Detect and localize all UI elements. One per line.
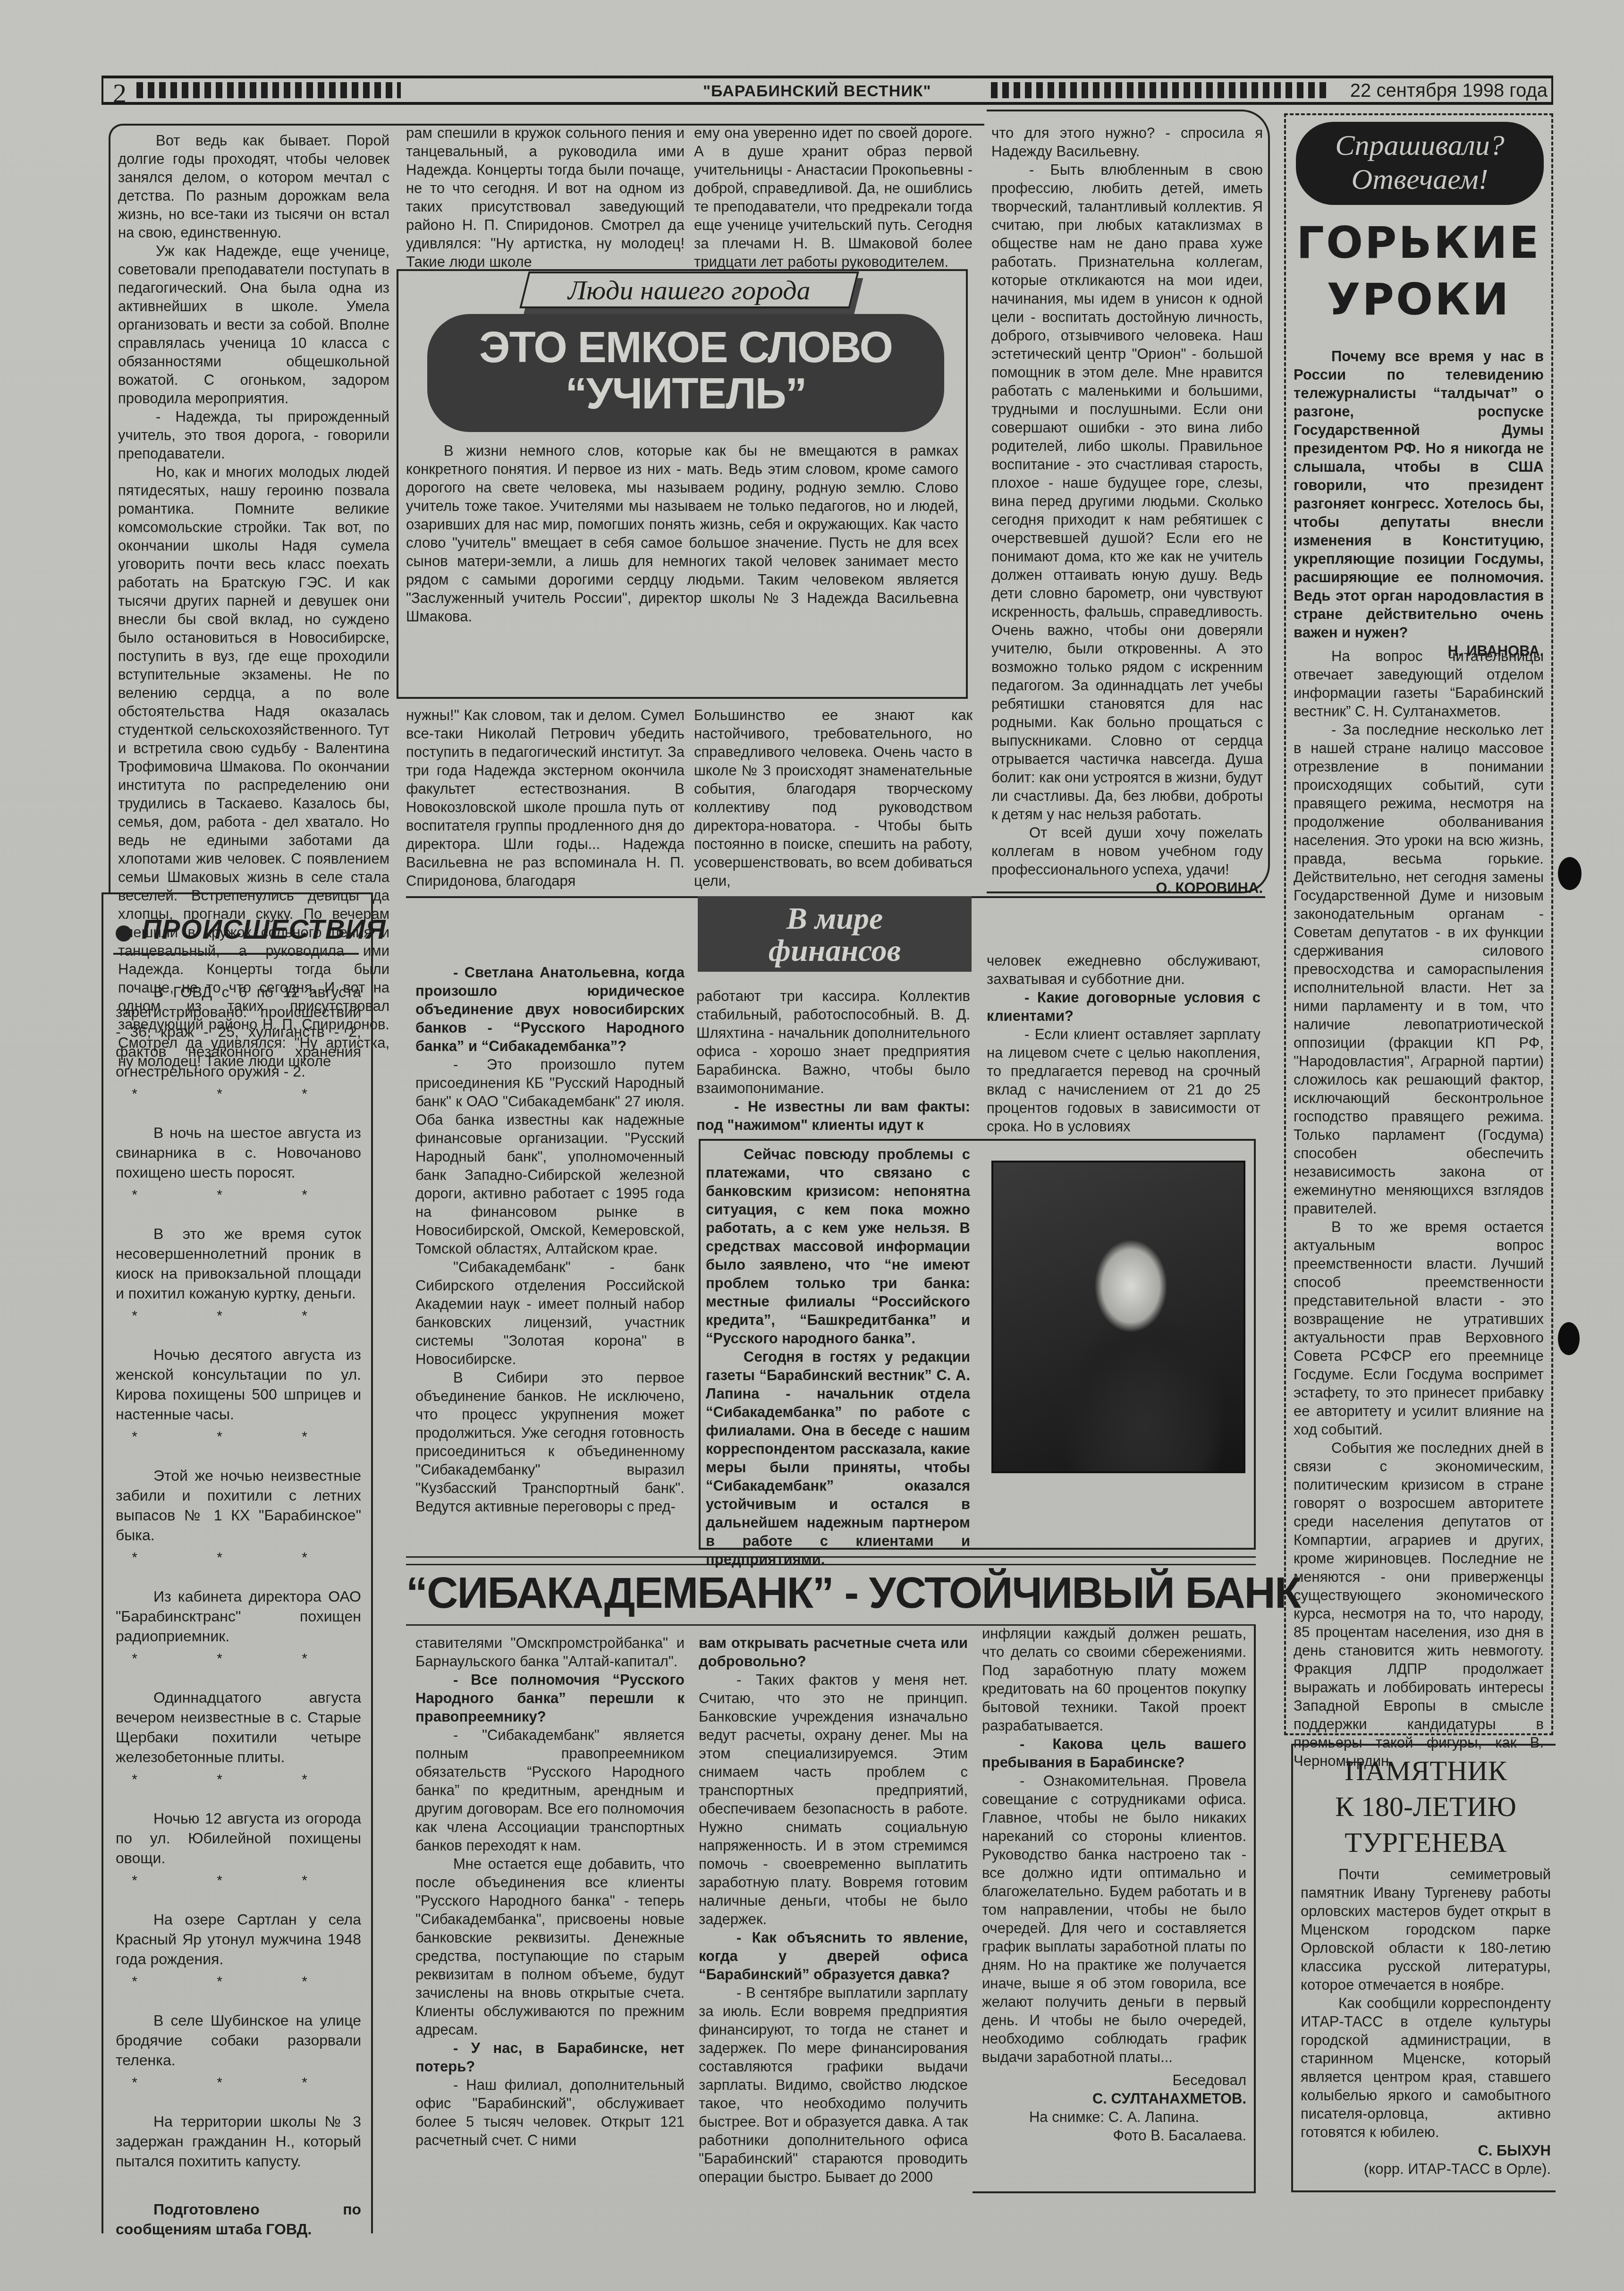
interview-intro: Сейчас повсюду проблемы с платежами, что… [706, 1145, 970, 1569]
qa-title: ГОРЬКИЕ УРОКИ [1294, 215, 1544, 328]
byline-label: Беседовал [982, 2071, 1246, 2089]
separator: * * * [116, 2073, 361, 2093]
paragraph: Сейчас повсюду проблемы с платежами, что… [706, 1145, 970, 1348]
divider [113, 953, 359, 955]
article-title: ЭТО ЕМКОЕ СЛОВО “УЧИТЕЛЬ” [427, 314, 944, 432]
question: - Какова цель вашего пребывания в Бараби… [982, 1735, 1246, 1772]
question: - У нас, в Барабинске, нет потерь? [415, 2039, 685, 2076]
paragraph: Почему все время у нас в России по телев… [1294, 347, 1544, 642]
title-line: ТУРГЕНЕВА [1298, 1824, 1553, 1860]
question: - Не известны ли вам факты: под "нажимом… [696, 1097, 970, 1134]
answer: работают три кассира. Коллектив стабильн… [696, 987, 970, 1097]
answer: ставителями "Омскпромстройбанка" и Барна… [415, 1634, 685, 1671]
bank-article-title: “СИБАКАДЕМБАНК” - УСТОЙЧИВЫЙ БАНК [406, 1569, 1256, 1618]
paragraph: рам спешили в кружок сольного пения и та… [406, 124, 685, 271]
teacher-col-2-bottom: нужны!" Как словом, так и делом. Сумел в… [406, 706, 685, 890]
newspaper-name: "БАРАБИНСКИЙ ВЕСТНИК" [703, 82, 931, 101]
rubric-line: В мире [698, 903, 972, 935]
turgenev-title: ПАМЯТНИК К 180-ЛЕТИЮ ТУРГЕНЕВА [1298, 1753, 1553, 1860]
incident-item: В ночь на шестое августа из свинарника в… [116, 1123, 361, 1182]
paragraph: События же последних дней в связи с экон… [1294, 1439, 1544, 1770]
teacher-col-3-bottom: Большинство ее знают как настойчивого, т… [694, 706, 973, 890]
answer: - Это произошло путем присоединения КБ "… [415, 1055, 685, 1258]
answer: - Если клиент оставляет зарплату на лице… [987, 1025, 1260, 1136]
author-signature: О. КОРОВИНА. [991, 879, 1263, 897]
rubric-label: Люди нашего города [568, 274, 811, 306]
paragraph: - Быть влюбленным в свою профессию, люби… [991, 161, 1263, 823]
separator: * * * [116, 1084, 361, 1104]
separator: * * * [116, 1649, 361, 1669]
paragraph: Как сообщили корреспонденту ИТАР-ТАСС в … [1301, 1994, 1551, 2141]
paragraph: Сегодня в гостях у редакции газеты “Бара… [706, 1348, 970, 1569]
answer: - В сентябре выплатили зарплату за июль.… [699, 1984, 968, 2186]
answer: человек ежедневно обслуживают, захватыва… [987, 951, 1260, 988]
incident-item: Ночью десятого августа из женской консул… [116, 1345, 361, 1424]
separator: * * * [116, 1427, 361, 1447]
ink-blot [1558, 857, 1582, 890]
answer: - "Сибакадембанк" является полным правоп… [415, 1726, 685, 1855]
byline-author: С. СУЛТАНАХМЕТОВ. [982, 2089, 1246, 2108]
question: - Какие договорные условия с клиентами? [987, 988, 1260, 1025]
lead-text: В жизни немного слов, которые как бы не … [406, 441, 958, 626]
author-note: (корр. ИТАР-ТАСС в Орле). [1301, 2160, 1551, 2178]
separator: * * * [116, 1185, 361, 1205]
incident-item: Из кабинета директора ОАО "Барабинсктран… [116, 1587, 361, 1646]
bullet-icon [116, 925, 132, 942]
finance-col-2: работают три кассира. Коллектив стабильн… [696, 987, 970, 1134]
divider [406, 1556, 1256, 1558]
separator: * * * [116, 1548, 361, 1568]
answer: В Сибири это первое объединение банков. … [415, 1368, 685, 1516]
paragraph: На вопрос читательницы отвечает заведующ… [1294, 647, 1544, 721]
incident-item: Этой же ночью неизвестные забили и похит… [116, 1466, 361, 1545]
incidents-footer: Подготовлено по сообщениям штаба ГОВД. [116, 2199, 361, 2239]
title-line: ГОРЬКИЕ [1294, 215, 1544, 272]
teacher-col-2-top: рам спешили в кружок сольного пения и та… [406, 124, 685, 271]
teacher-col-3-top: ему она уверенно идет по своей дороге. А… [694, 124, 973, 271]
incidents-list: В ГОВД с 6 по 12 августа зарегистрирован… [116, 982, 361, 2239]
separator: * * * [116, 1306, 361, 1326]
divider [406, 1564, 1256, 1565]
issue-date: 22 сентября 1998 года [1350, 80, 1548, 102]
paragraph: В жизни немного слов, которые как бы не … [406, 441, 958, 626]
incident-item: В это же время суток несовершеннолетний … [116, 1224, 361, 1303]
title-line: ПАМЯТНИК [1298, 1753, 1553, 1789]
answer: - Наш филиал, дополнительный офис "Бараб… [415, 2076, 685, 2149]
title-line: УРОКИ [1294, 272, 1544, 328]
decorative-bars-right [991, 82, 1331, 98]
paragraph: - Надежда, ты прирожденный учитель, это … [118, 407, 389, 463]
incident-item: На озере Сартлан у села Красный Яр утону… [116, 1909, 361, 1969]
incident-item: Ночью 12 августа из огорода по ул. Юбиле… [116, 1808, 361, 1868]
page-header: 2 "БАРАБИНСКИЙ ВЕСТНИК" 22 сентября 1998… [101, 76, 1553, 105]
question: - Светлана Анатольевна, когда произошло … [415, 963, 685, 1055]
qa-answer: На вопрос читательницы отвечает заведующ… [1294, 647, 1544, 1770]
paragraph: Вот ведь как бывает. Порой долгие годы п… [118, 131, 389, 242]
incident-item: В ГОВД с 6 по 12 августа зарегистрирован… [116, 982, 361, 1081]
decorative-bars-left [136, 82, 401, 98]
question: вам открывать расчетные счета или добров… [699, 1634, 968, 1671]
incident-item: На территории школы № 3 задержан граждан… [116, 2112, 361, 2171]
bank-col-1: ставителями "Омскпромстройбанка" и Барна… [415, 1634, 685, 2149]
answer: - Ознакомительная. Провела совещание с с… [982, 1772, 1246, 2066]
paragraph: что для этого нужно? - спросила я Надежд… [991, 124, 1263, 161]
separator: * * * [116, 1871, 361, 1891]
paragraph: В то же время остается актуальным вопрос… [1294, 1218, 1544, 1439]
teacher-col-4: что для этого нужно? - спросила я Надежд… [991, 124, 1263, 897]
answer: Мне остается еще добавить, что после объ… [415, 1855, 685, 2039]
incident-item: Одиннадцатого августа вечером неизвестны… [116, 1688, 361, 1767]
paragraph: - За последние несколько лет в нашей стр… [1294, 721, 1544, 1218]
rubric-line: Спрашивали? [1296, 128, 1544, 162]
title-line: ЭТО ЕМКОЕ СЛОВО [427, 324, 944, 371]
paragraph: Почти семиметровый памятник Ивану Турген… [1301, 1865, 1551, 1994]
bank-col-3: инфляции каждый должен решать, что делат… [982, 1624, 1246, 2145]
title-line: “УЧИТЕЛЬ” [427, 371, 944, 417]
title-line: К 180-ЛЕТИЮ [1298, 1789, 1553, 1824]
question: - Все полномочия “Русского Народного бан… [415, 1671, 685, 1726]
finance-col-3: человек ежедневно обслуживают, захватыва… [987, 951, 1260, 1136]
bank-col-2: вам открывать расчетные счета или добров… [699, 1634, 968, 2186]
finance-rubric: В мире финансов [698, 896, 972, 972]
answer: - Таких фактов у меня нет. Считаю, что э… [699, 1671, 968, 1928]
separator: * * * [116, 1972, 361, 1992]
question: - Как объяснить то явление, когда у двер… [699, 1928, 968, 1984]
separator: * * * [116, 1770, 361, 1790]
page-number: 2 [113, 77, 127, 109]
turgenev-text: Почти семиметровый памятник Ивану Турген… [1301, 1865, 1551, 2178]
incidents-title: ПРОИСШЕСТВИЯ [142, 914, 386, 945]
rubric-line: Отвечаем! [1296, 162, 1544, 196]
qa-rubric: Спрашивали? Отвечаем! [1296, 122, 1544, 205]
paragraph: От всей души хочу пожелать коллегам в но… [991, 823, 1263, 879]
author-signature: С. БЫХУН [1301, 2141, 1551, 2160]
paragraph: Большинство ее знают как настойчивого, т… [694, 706, 973, 890]
photo-caption: На снимке: С. А. Лапина. [982, 2108, 1246, 2126]
paragraph: Уж как Надежде, еще ученице, советовали … [118, 242, 389, 407]
rubric-people: Люди нашего города [519, 272, 859, 308]
answer: инфляции каждый должен решать, что делат… [982, 1624, 1246, 1735]
qa-question: Почему все время у нас в России по телев… [1294, 347, 1544, 660]
newspaper-page: 2 "БАРАБИНСКИЙ ВЕСТНИК" 22 сентября 1998… [0, 0, 1624, 2291]
incident-item: В селе Шубинское на улице бродячие собак… [116, 2011, 361, 2070]
ink-blot [1558, 1322, 1580, 1355]
finance-col-1: - Светлана Анатольевна, когда произошло … [415, 963, 685, 1516]
photo-credit: Фото В. Басалаева. [982, 2126, 1246, 2145]
paragraph: нужны!" Как словом, так и делом. Сумел в… [406, 706, 685, 890]
answer: "Сибакадембанк" - банк Сибирского отделе… [415, 1258, 685, 1368]
paragraph: ему она уверенно идет по своей дороге. А… [694, 124, 973, 271]
portrait-photo [991, 1161, 1245, 1473]
rubric-line: финансов [698, 935, 972, 967]
